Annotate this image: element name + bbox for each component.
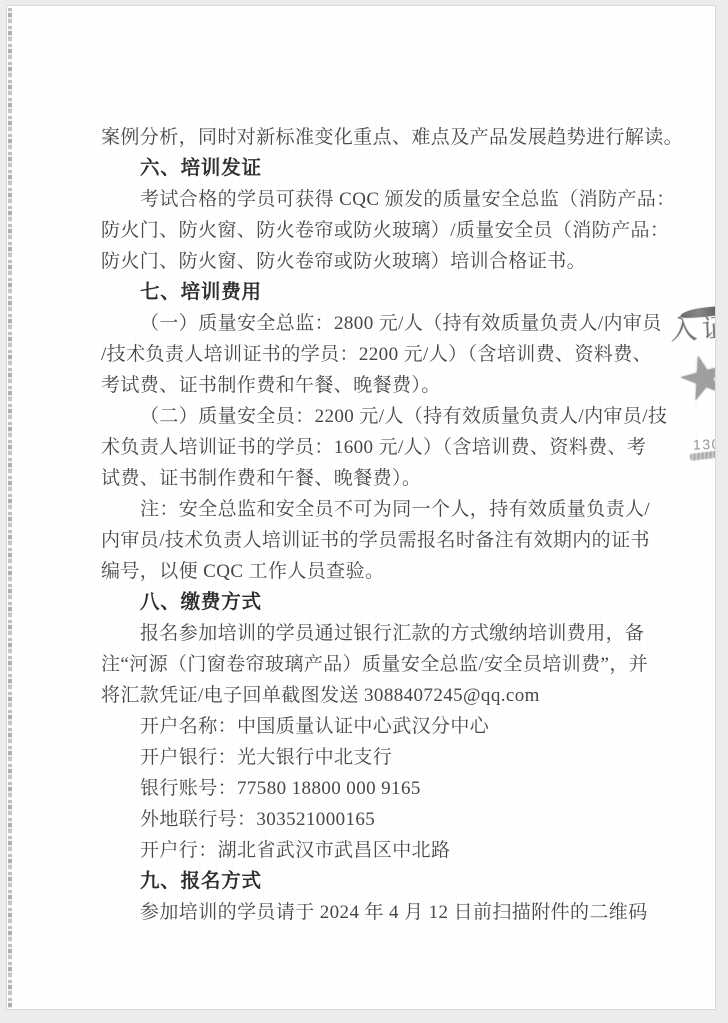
bank-account-number-line: 银行账号：77580 18800 000 9165 xyxy=(101,773,701,804)
bank-account-name-line: 开户名称：中国质量认证中心武汉分中心 xyxy=(101,711,701,742)
document-content: 案例分析，同时对新标准变化重点、难点及产品发展趋势进行解读。 六、培训发证 考试… xyxy=(101,122,701,928)
document-line: 内审员/技术负责人培训证书的学员需报名时备注有效期内的证书 xyxy=(101,525,701,556)
section-heading-7: 七、培训费用 xyxy=(101,277,701,308)
document-line: 参加培训的学员请于 2024 年 4 月 12 日前扫描附件的二维码 xyxy=(101,897,701,928)
section-heading-8: 八、缴费方式 xyxy=(101,587,701,618)
screenshot-stage: 案例分析，同时对新标准变化重点、难点及产品发展趋势进行解读。 六、培训发证 考试… xyxy=(0,0,728,1023)
document-line: 将汇款凭证/电子回单截图发送 3088407245@qq.com xyxy=(101,680,701,711)
document-line: 案例分析，同时对新标准变化重点、难点及产品发展趋势进行解读。 xyxy=(101,122,701,153)
document-line: 防火门、防火窗、防火卷帘或防火玻璃）培训合格证书。 xyxy=(101,246,701,277)
section-heading-6: 六、培训发证 xyxy=(101,153,701,184)
star-icon: ★ xyxy=(671,343,716,412)
document-line: 注“河源（门窗卷帘玻璃产品）质量安全总监/安全员培训费”，并 xyxy=(101,649,701,680)
document-line: （二）质量安全员：2200 元/人（持有效质量负责人/内审员/技 xyxy=(101,401,701,432)
document-line: 术负责人培训证书的学员：1600 元/人）（含培训费、资料费、考 xyxy=(101,432,701,463)
document-line: （一）质量安全总监：2800 元/人（持有效质量负责人/内审员 xyxy=(101,308,701,339)
section-heading-9: 九、报名方式 xyxy=(101,866,701,897)
bank-branch-address-line: 开户行：湖北省武汉市武昌区中北路 xyxy=(101,835,701,866)
document-line: 注：安全总监和安全员不可为同一个人，持有效质量负责人/ xyxy=(101,494,701,525)
seal-number: 1304 xyxy=(693,435,716,452)
document-line: 考试费、证书制作费和午餐、晚餐费）。 xyxy=(101,370,701,401)
document-line: 编号，以便 CQC 工作人员查验。 xyxy=(101,556,701,587)
scan-edge-artifact xyxy=(8,8,12,1008)
document-line: 试费、证书制作费和午餐、晚餐费）。 xyxy=(101,463,701,494)
certification-seal-stamp: 入证 ★ 1304 xyxy=(666,299,716,479)
bank-branch-code-line: 外地联行号：303521000165 xyxy=(101,804,701,835)
document-line: 报名参加培训的学员通过银行汇款的方式缴纳培训费用，备 xyxy=(101,618,701,649)
seal-characters: 入证 xyxy=(669,312,716,345)
document-line: 考试合格的学员可获得 CQC 颁发的质量安全总监（消防产品： xyxy=(101,184,701,215)
document-line: /技术负责人培训证书的学员：2200 元/人）（含培训费、资料费、 xyxy=(101,339,701,370)
document-page: 案例分析，同时对新标准变化重点、难点及产品发展趋势进行解读。 六、培训发证 考试… xyxy=(6,5,716,1010)
document-line: 防火门、防火窗、防火卷帘或防火玻璃）/质量安全员（消防产品： xyxy=(101,215,701,246)
bank-name-line: 开户银行：光大银行中北支行 xyxy=(101,742,701,773)
